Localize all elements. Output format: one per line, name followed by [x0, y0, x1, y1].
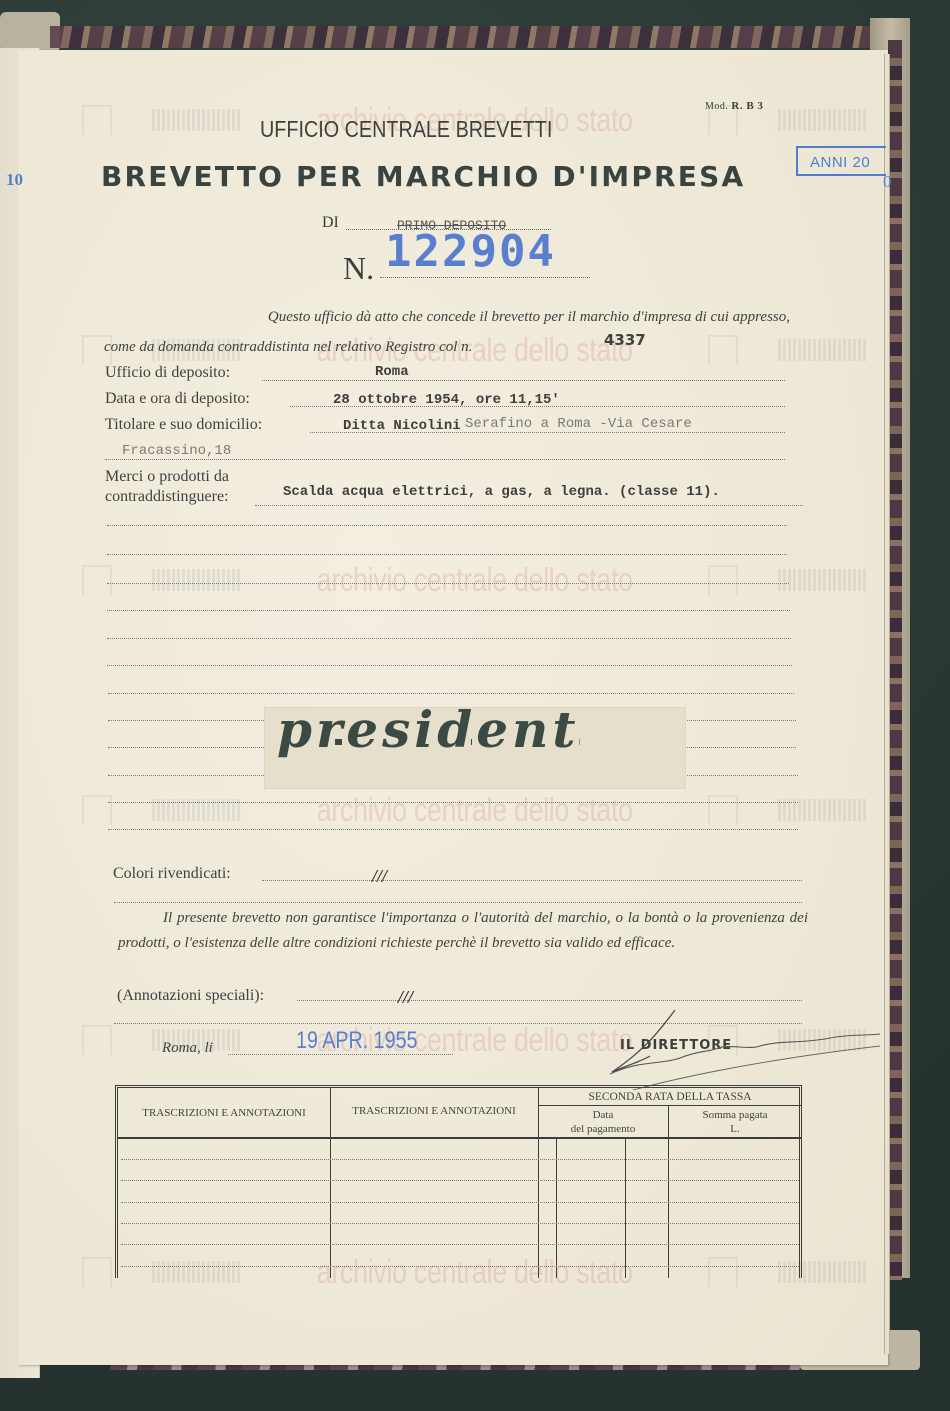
colori-line [262, 880, 802, 881]
column-header-transcriptions-2: TRASCRIZIONI E ANNOTAZIONI [330, 1104, 538, 1118]
ruled-line [107, 665, 792, 666]
titolare-label: Titolare e suo domicilio: [105, 416, 262, 434]
titolare-value-address: Serafino a Roma -Via Cesare [465, 416, 692, 432]
merci-value: Scalda acqua elettrici, a gas, a legna. … [283, 484, 720, 500]
column-group-seconda-rata: SECONDA RATA DELLA TASSA [538, 1090, 802, 1104]
marbled-edge-right [888, 40, 902, 1280]
director-signature-icon [600, 1010, 880, 1090]
ufficio-value: Roma [375, 364, 409, 380]
document-title: BREVETTO PER MARCHIO D'IMPRESA [101, 160, 745, 193]
table-row [121, 1202, 799, 1203]
table-header-rule [118, 1137, 802, 1139]
disclaimer-paragraph: Il presente brevetto non garantisce l'im… [118, 906, 808, 956]
intro-paragraph: Questo ufficio dà atto che concede il br… [104, 302, 794, 362]
ruled-line [114, 902, 802, 903]
ruled-line [108, 802, 798, 803]
data-label: Data [538, 1108, 668, 1122]
merci-label-1: Merci o prodotti da [105, 468, 229, 486]
margin-stamp-right: 0 [883, 172, 892, 192]
intro-line-2: come da domanda contraddistinta nel rela… [104, 339, 472, 355]
table-rule [538, 1105, 802, 1106]
ruled-line [107, 638, 791, 639]
transcriptions-table: TRASCRIZIONI E ANNOTAZIONI TRASCRIZIONI … [115, 1085, 802, 1278]
form-code-prefix: Mod. [705, 101, 728, 112]
table-row [121, 1266, 799, 1267]
place-label: Roma, li [162, 1040, 213, 1057]
table-row [121, 1244, 799, 1245]
titolare-line-2 [105, 459, 785, 460]
annotazioni-value: /// [398, 987, 413, 1008]
anni-stamp: ANNI 20 [796, 146, 886, 176]
titolare-value-name: Ditta Nicolini [343, 418, 461, 434]
ruled-line [107, 525, 787, 526]
annotazioni-line [297, 1000, 802, 1001]
merci-label-2: contraddistinguere: [105, 488, 229, 506]
del-pagamento-label: del pagamento [538, 1122, 668, 1136]
data-deposito-label: Data e ora di deposito: [105, 390, 250, 408]
merci-line [255, 505, 803, 506]
ruled-line [107, 583, 789, 584]
lire-label: L. [668, 1122, 802, 1136]
data-deposito-value: 28 ottobre 1954, ore 11,15' [333, 392, 560, 408]
titolare-value-line2: Fracassino,18 [122, 443, 231, 459]
form-code: Mod. R. B 3 [705, 100, 763, 112]
di-label: DI [322, 214, 339, 232]
trademark-text: president [277, 700, 579, 759]
form-code-suffix: R. B 3 [731, 100, 763, 112]
column-header-somma: Somma pagata L. [668, 1108, 802, 1136]
registro-number: 4337 [604, 331, 646, 349]
table-row [121, 1159, 799, 1160]
ruled-line [107, 554, 787, 555]
ufficio-line [262, 380, 785, 381]
patent-number: 122904 [385, 226, 556, 277]
number-label: N. [343, 250, 374, 287]
colori-label: Colori rivendicati: [113, 865, 231, 883]
table-row [121, 1223, 799, 1224]
marbled-edge-top [50, 26, 870, 48]
table-row [121, 1180, 799, 1181]
ruled-line [108, 829, 798, 830]
column-header-transcriptions-1: TRASCRIZIONI E ANNOTAZIONI [118, 1106, 330, 1120]
ufficio-label: Ufficio di deposito: [105, 364, 230, 382]
somma-pagata-label: Somma pagata [668, 1108, 802, 1122]
ruled-line [108, 693, 794, 694]
intro-line-1: Questo ufficio dà atto che concede il br… [104, 302, 794, 332]
column-header-data: Data del pagamento [538, 1108, 668, 1136]
issue-date-stamp: 19 APR. 1955 [296, 1027, 417, 1055]
office-heading: UFFICIO CENTRALE BREVETTI [260, 116, 552, 143]
margin-stamp-left: 10 [6, 170, 23, 190]
ruled-line [107, 610, 790, 611]
page-stack-edges [884, 54, 890, 1354]
number-dotted-line [380, 277, 590, 278]
annotazioni-label: (Annotazioni speciali): [117, 987, 264, 1005]
colori-value: /// [372, 866, 387, 887]
